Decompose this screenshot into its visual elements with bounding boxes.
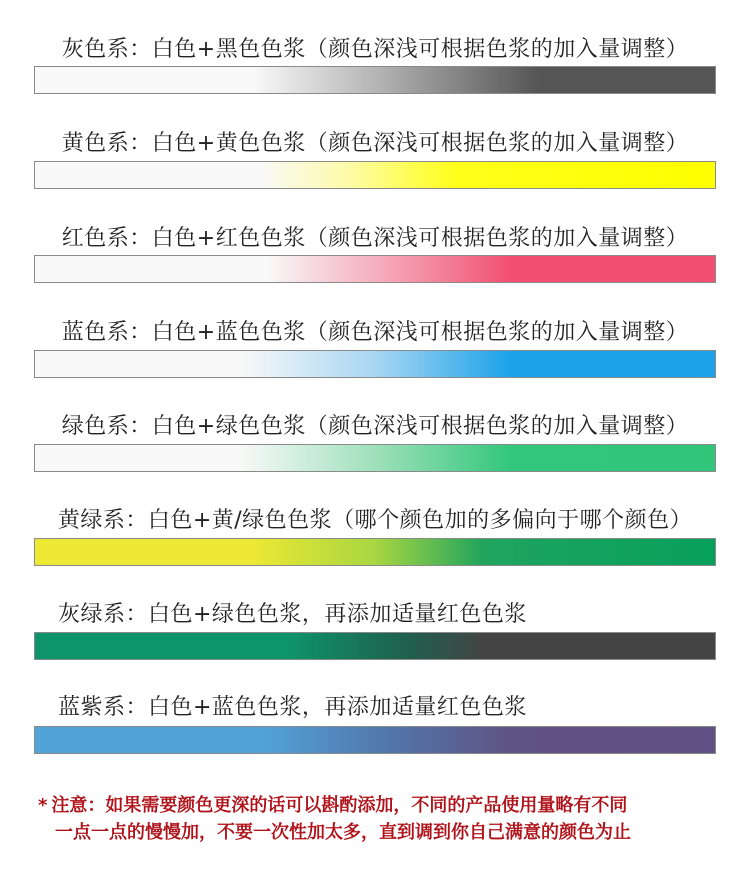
swatch-label: 红色系：白色+红色色浆（颜色深浅可根据色浆的加入量调整） bbox=[0, 221, 750, 252]
note-line-2: 一点一点的慢慢加，不要一次性加太多，直到调到你自己满意的颜色为止 bbox=[55, 819, 631, 846]
star-icon: * bbox=[38, 795, 47, 816]
gradient-bar bbox=[34, 726, 716, 754]
swatch-label: 蓝紫系：白色+蓝色色浆，再添加适量红色色浆 bbox=[58, 690, 750, 721]
gradient-bar bbox=[34, 66, 716, 94]
gradient-bar bbox=[34, 538, 716, 566]
swatch-label: 黄色系：白色+黄色色浆（颜色深浅可根据色浆的加入量调整） bbox=[0, 126, 750, 157]
gradient-bar bbox=[34, 350, 716, 378]
gradient-bar bbox=[34, 161, 716, 189]
gradient-bar bbox=[34, 444, 716, 472]
gradient-bar bbox=[34, 632, 716, 660]
swatch-label: 灰色系：白色+黑色色浆（颜色深浅可根据色浆的加入量调整） bbox=[0, 32, 750, 63]
note-line-1: 注意：如果需要颜色更深的话可以斟酌添加，不同的产品使用量略有不同 bbox=[51, 795, 627, 816]
swatch-label: 黄绿系：白色+黄/绿色色浆（哪个颜色加的多偏向于哪个颜色） bbox=[0, 503, 750, 534]
swatch-label: 蓝色系：白色+蓝色色浆（颜色深浅可根据色浆的加入量调整） bbox=[0, 315, 750, 346]
swatch-label: 灰绿系：白色+绿色色浆，再添加适量红色色浆 bbox=[58, 597, 750, 628]
swatch-label: 绿色系：白色+绿色色浆（颜色深浅可根据色浆的加入量调整） bbox=[0, 409, 750, 440]
gradient-bar bbox=[34, 255, 716, 283]
